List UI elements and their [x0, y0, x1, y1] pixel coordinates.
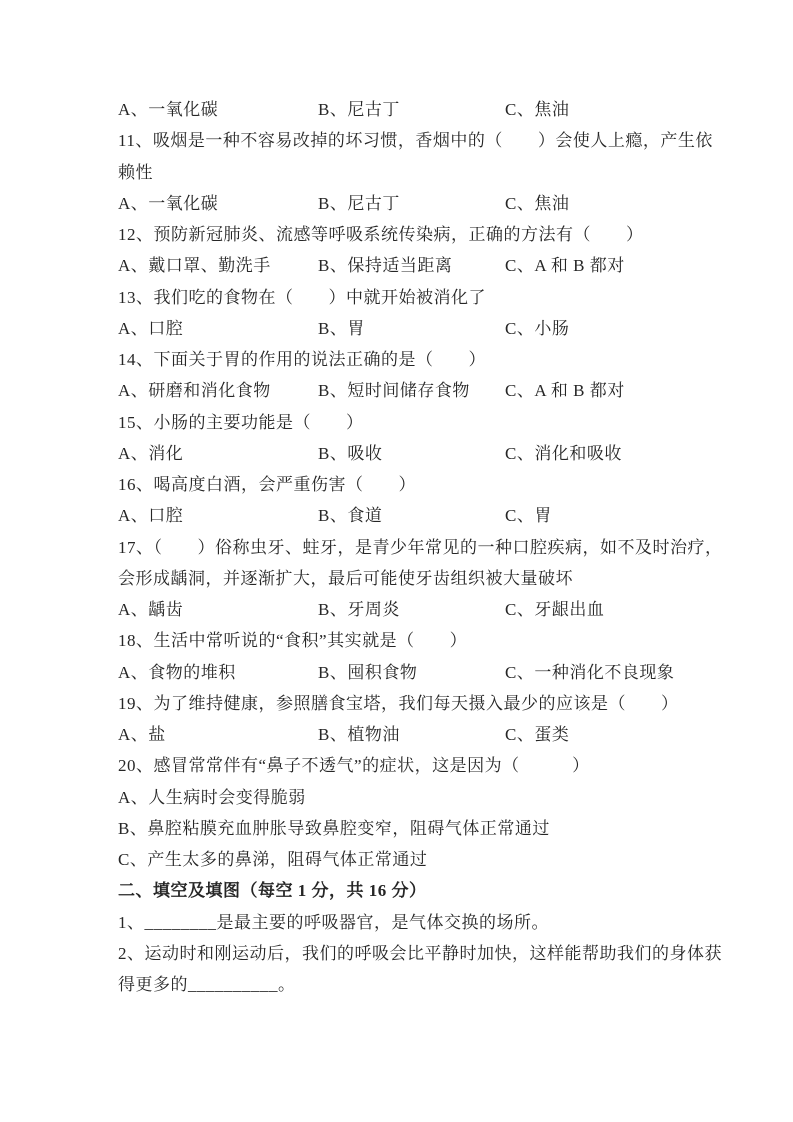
options-row-q12: A、戴口罩、勤洗手 B、保持适当距离 C、A 和 B 都对	[118, 250, 680, 281]
option-a: A、研磨和消化食物	[118, 375, 318, 406]
options-row-q15: A、消化 B、吸收 C、消化和吸收	[118, 438, 680, 469]
question-12-text: 12、预防新冠肺炎、流感等呼吸系统传染病，正确的方法有（ ）	[118, 219, 680, 250]
option-a: A、戴口罩、勤洗手	[118, 250, 318, 281]
option-c: C、焦油	[505, 94, 680, 125]
question-15-text: 15、小肠的主要功能是（ ）	[118, 407, 680, 438]
option-b: B、尼古丁	[318, 94, 505, 125]
question-17-text-wrap: 会形成龋洞，并逐渐扩大，最后可能使牙齿组织被大量破坏	[118, 563, 680, 594]
question-13-text: 13、我们吃的食物在（ ）中就开始被消化了	[118, 282, 680, 313]
question-20-option-b: B、鼻腔粘膜充血肿胀导致鼻腔变窄，阻碍气体正常通过	[118, 813, 680, 844]
option-b: B、吸收	[318, 438, 505, 469]
question-11-text-wrap: 赖性	[118, 157, 680, 188]
option-b: B、尼古丁	[318, 188, 505, 219]
question-18-text: 18、生活中常听说的“食积”其实就是（ ）	[118, 625, 680, 656]
option-b: B、食道	[318, 500, 505, 531]
option-b: B、牙周炎	[318, 594, 505, 625]
options-row-q17: A、龋齿 B、牙周炎 C、牙龈出血	[118, 594, 680, 625]
options-row-q11: A、一氧化碳 B、尼古丁 C、焦油	[118, 188, 680, 219]
exam-page: { "page": { "background": "#ffffff", "te…	[0, 0, 793, 1122]
option-c: C、消化和吸收	[505, 438, 680, 469]
question-20-option-c: C、产生太多的鼻涕，阻碍气体正常通过	[118, 844, 680, 875]
option-a: A、口腔	[118, 313, 318, 344]
option-c: C、小肠	[505, 313, 680, 344]
option-a: A、盐	[118, 719, 318, 750]
option-a: A、食物的堆积	[118, 657, 318, 688]
option-b: B、植物油	[318, 719, 505, 750]
question-20-option-a: A、人生病时会变得脆弱	[118, 782, 680, 813]
question-16-text: 16、喝高度白酒，会严重伤害（ ）	[118, 469, 680, 500]
option-b: B、短时间储存食物	[318, 375, 505, 406]
question-11-text: 11、吸烟是一种不容易改掉的坏习惯，香烟中的（ ）会使人上瘾，产生依	[118, 125, 680, 156]
option-c: C、一种消化不良现象	[505, 657, 680, 688]
options-row-q13: A、口腔 B、胃 C、小肠	[118, 313, 680, 344]
options-row-q16: A、口腔 B、食道 C、胃	[118, 500, 680, 531]
exam-document: A、一氧化碳 B、尼古丁 C、焦油 11、吸烟是一种不容易改掉的坏习惯，香烟中的…	[118, 94, 680, 1000]
option-c: C、胃	[505, 500, 680, 531]
option-c: C、牙龈出血	[505, 594, 680, 625]
option-a: A、消化	[118, 438, 318, 469]
question-17-text: 17、（ ）俗称虫牙、蛀牙，是青少年常见的一种口腔疾病，如不及时治疗，	[118, 532, 680, 563]
option-c: C、A 和 B 都对	[505, 250, 680, 281]
fill-blank-1-text: 1、________是最主要的呼吸器官，是气体交换的场所。	[118, 907, 680, 938]
question-19-text: 19、为了维持健康，参照膳食宝塔，我们每天摄入最少的应该是（ ）	[118, 688, 680, 719]
option-b: B、胃	[318, 313, 505, 344]
option-a: A、一氧化碳	[118, 188, 318, 219]
option-a: A、口腔	[118, 500, 318, 531]
options-row-q19: A、盐 B、植物油 C、蛋类	[118, 719, 680, 750]
option-c: C、A 和 B 都对	[505, 375, 680, 406]
option-a: A、一氧化碳	[118, 94, 318, 125]
option-c: C、蛋类	[505, 719, 680, 750]
options-row-q14: A、研磨和消化食物 B、短时间储存食物 C、A 和 B 都对	[118, 375, 680, 406]
option-b: B、囤积食物	[318, 657, 505, 688]
fill-blank-2-text: 2、运动时和刚运动后，我们的呼吸会比平静时加快，这样能帮助我们的身体获	[118, 938, 680, 969]
option-c: C、焦油	[505, 188, 680, 219]
option-a: A、龋齿	[118, 594, 318, 625]
options-row-q10: A、一氧化碳 B、尼古丁 C、焦油	[118, 94, 680, 125]
section-2-heading: 二、填空及填图（每空 1 分，共 16 分）	[118, 875, 680, 906]
question-20-text: 20、感冒常常伴有“鼻子不透气”的症状，这是因为（ ）	[118, 750, 680, 781]
fill-blank-2-text-wrap: 得更多的__________。	[118, 969, 680, 1000]
options-row-q18: A、食物的堆积 B、囤积食物 C、一种消化不良现象	[118, 657, 680, 688]
question-14-text: 14、下面关于胃的作用的说法正确的是（ ）	[118, 344, 680, 375]
option-b: B、保持适当距离	[318, 250, 505, 281]
